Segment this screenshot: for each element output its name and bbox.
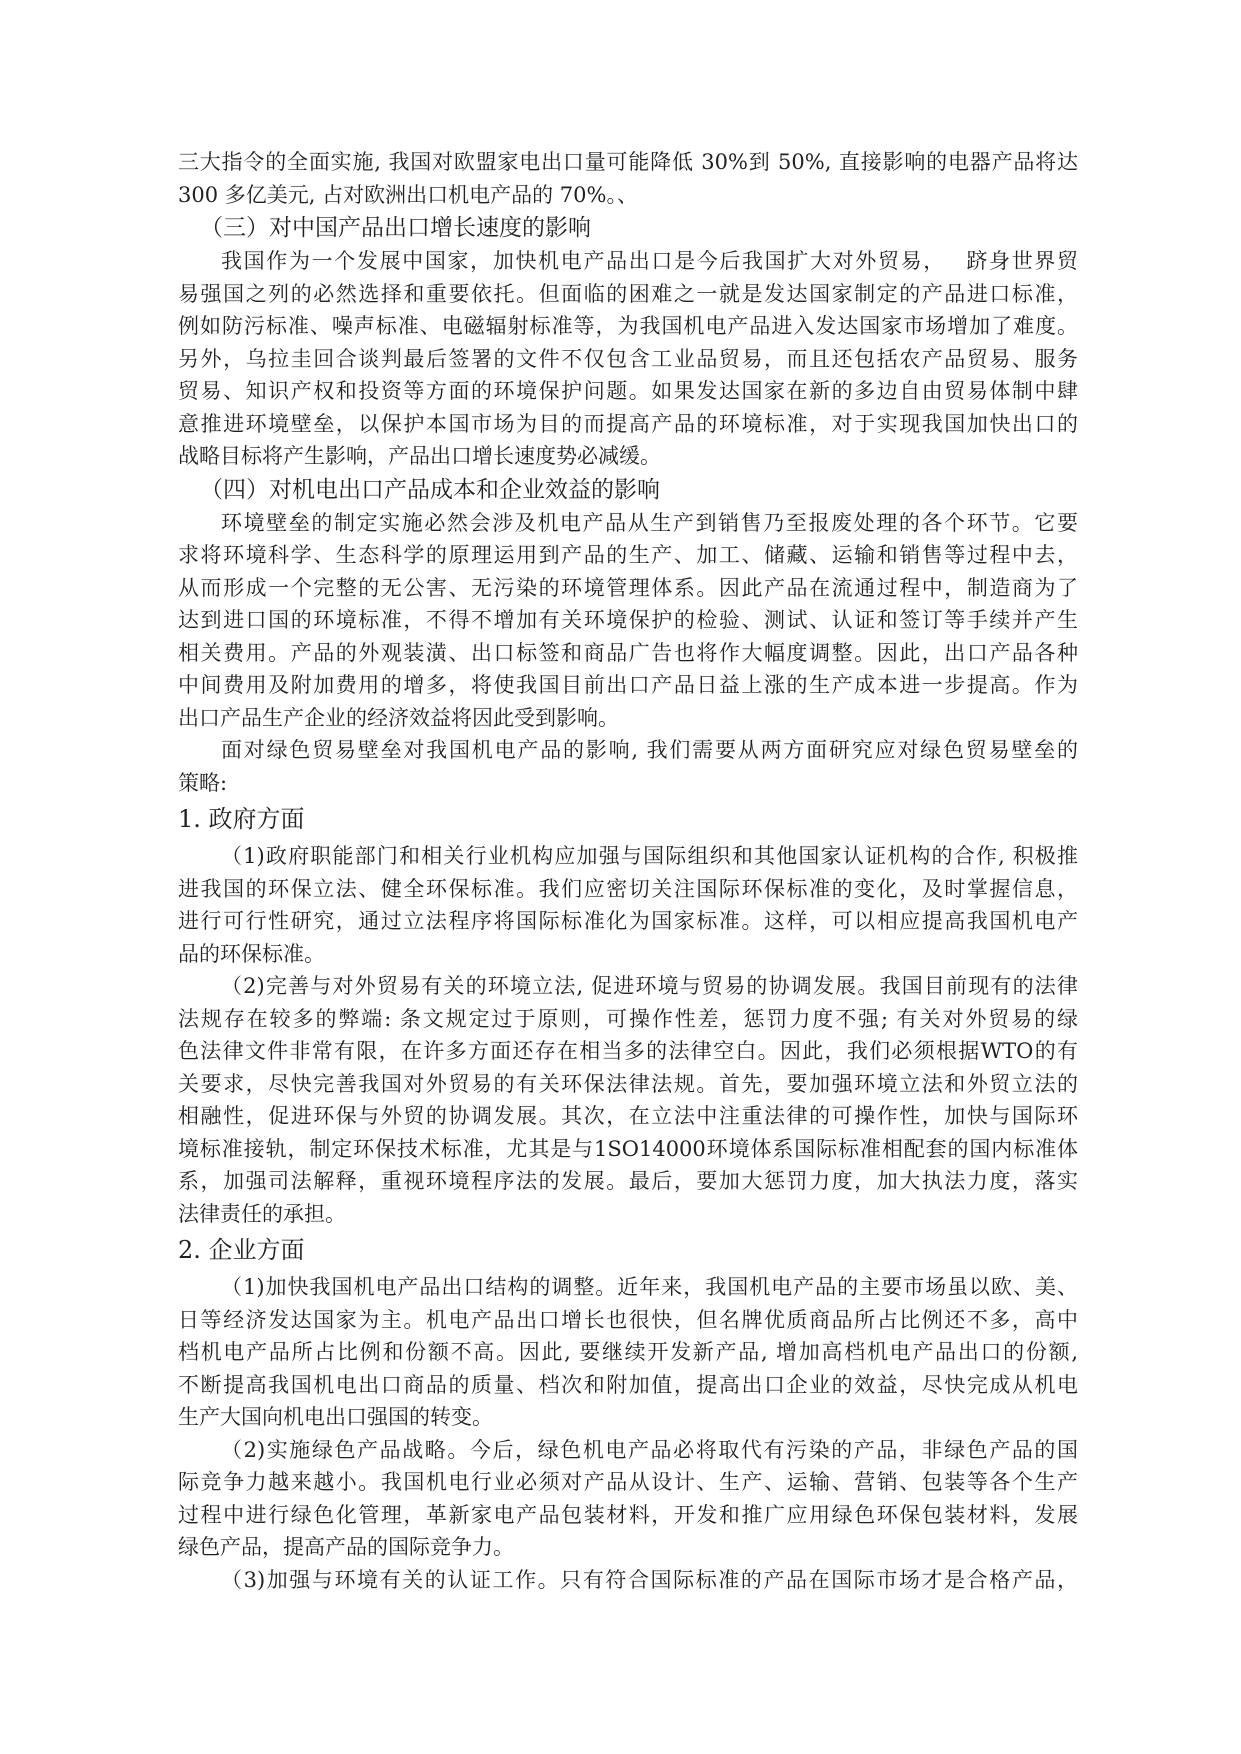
text-line: 中间费用及附加费用的增多，将使我国目前出口产品日益上涨的生产成本进一步提高。作为	[178, 669, 1078, 702]
text-line: 达到进口国的环境标准，不得不增加有关环境保护的检验、测试、认证和签订等手续并产生	[178, 604, 1078, 637]
text-line: 贸易、知识产权和投资等方面的环境保护问题。如果发达国家在新的多边自由贸易体制中肆	[178, 375, 1078, 408]
text-line: 生产大国向机电出口强国的转变。	[178, 1401, 1078, 1434]
document-page: 三大指令的全面实施, 我国对欧盟家电出口量可能降低 30%到 50%, 直接影响…	[0, 0, 1241, 1754]
text-line: 档机电产品所占比例和份额不高。因此, 要继续开发新产品, 增加高档机电产品出口的…	[178, 1336, 1078, 1369]
text-line: 面对绿色贸易壁垒对我国机电产品的影响, 我们需要从两方面研究应对绿色贸易壁垒的	[178, 734, 1078, 767]
text-line: （三）对中国产品出口增长速度的影响	[178, 211, 1078, 245]
text-line: 关要求，尽快完善我国对外贸易的有关环保法律法规。首先，要加强环境立法和外贸立法的	[178, 1068, 1078, 1101]
para-export-growth-impact: 我国作为一个发展中国家，加快机电产品出口是今后我国扩大对外贸易， 跻身世界贸易强…	[178, 245, 1078, 473]
text-line: 300 多亿美元, 占对欧洲出口机电产品的 70%。、	[178, 179, 1078, 212]
para-enterprise-3: （3)加强与环境有关的认证工作。只有符合国际标准的产品在国际市场才是合格产品，	[178, 1564, 1078, 1597]
text-line: 1. 政府方面	[178, 799, 1078, 840]
text-line: 战略目标将产生影响，产品出口增长速度势必减缓。	[178, 440, 1078, 473]
text-line: 三大指令的全面实施, 我国对欧盟家电出口量可能降低 30%到 50%, 直接影响…	[178, 146, 1078, 179]
para-strategy-intro: 面对绿色贸易壁垒对我国机电产品的影响, 我们需要从两方面研究应对绿色贸易壁垒的策…	[178, 734, 1078, 799]
text-line: 法律责任的承担。	[178, 1198, 1078, 1231]
para-directives-impact: 三大指令的全面实施, 我国对欧盟家电出口量可能降低 30%到 50%, 直接影响…	[178, 146, 1078, 211]
text-line: 进行可行性研究，通过立法程序将国际标准化为国家标准。这样，可以相应提高我国机电产	[178, 905, 1078, 938]
text-line: （2)完善与对外贸易有关的环境立法, 促进环境与贸易的协调发展。我国目前现有的法…	[178, 970, 1078, 1003]
text-line: 过程中进行绿色化管理，革新家电产品包装材料，开发和推广应用绿色环保包装材料，发展	[178, 1499, 1078, 1532]
document-body: 三大指令的全面实施, 我国对欧盟家电出口量可能降低 30%到 50%, 直接影响…	[178, 146, 1078, 1596]
text-line: 我国作为一个发展中国家，加快机电产品出口是今后我国扩大对外贸易， 跻身世界贸	[178, 245, 1078, 278]
text-line: 例如防污标准、噪声标准、电磁辐射标准等，为我国机电产品进入发达国家市场增加了难度…	[178, 310, 1078, 343]
heading-enterprise: 2. 企业方面	[178, 1230, 1078, 1271]
text-line: （3)加强与环境有关的认证工作。只有符合国际标准的产品在国际市场才是合格产品，	[178, 1564, 1078, 1597]
heading-government: 1. 政府方面	[178, 799, 1078, 840]
para-enterprise-2: （2)实施绿色产品战略。今后，绿色机电产品必将取代有污染的产品，非绿色产品的国际…	[178, 1434, 1078, 1564]
para-government-1: （1)政府职能部门和相关行业机构应加强与国际组织和其他国家认证机构的合作, 积极…	[178, 840, 1078, 970]
text-line: 品的环保标准。	[178, 938, 1078, 971]
text-line: （2)实施绿色产品战略。今后，绿色机电产品必将取代有污染的产品，非绿色产品的国	[178, 1434, 1078, 1467]
text-line: 易强国之列的必然选择和重要依托。但面临的困难之一就是发达国家制定的产品进口标准，	[178, 278, 1078, 311]
text-line: 另外，乌拉圭回合谈判最后签署的文件不仅包含工业品贸易，而且还包括农产品贸易、服务	[178, 343, 1078, 376]
text-line: 2. 企业方面	[178, 1230, 1078, 1271]
heading-section-4: （四）对机电出口产品成本和企业效益的影响	[178, 473, 1078, 507]
text-line: 绿色产品，提高产品的国际竞争力。	[178, 1531, 1078, 1564]
text-line: 求将环境科学、生态科学的原理运用到产品的生产、加工、储藏、运输和销售等过程中去，	[178, 539, 1078, 572]
para-enterprise-1: （1)加快我国机电产品出口结构的调整。近年来，我国机电产品的主要市场虽以欧、美、…	[178, 1271, 1078, 1434]
text-line: 相融性，促进环保与外贸的协调发展。其次，在立法中注重法律的可操作性，加快与国际环	[178, 1100, 1078, 1133]
text-line: （1)加快我国机电产品出口结构的调整。近年来，我国机电产品的主要市场虽以欧、美、	[178, 1271, 1078, 1304]
text-line: 不断提高我国机电出口商品的质量、档次和附加值，提高出口企业的效益，尽快完成从机电	[178, 1369, 1078, 1402]
text-line: 相关费用。产品的外观装潢、出口标签和商品广告也将作大幅度调整。因此，出口产品各种	[178, 637, 1078, 670]
text-line: （四）对机电出口产品成本和企业效益的影响	[178, 473, 1078, 507]
text-line: 法规存在较多的弊端: 条文规定过于原则，可操作性差，惩罚力度不强; 有关对外贸易…	[178, 1003, 1078, 1036]
text-line: 意推进环境壁垒，以保护本国市场为目的而提高产品的环境标准，对于实现我国加快出口的	[178, 408, 1078, 441]
text-line: 系，加强司法解释，重视环境程序法的发展。最后，要加大惩罚力度，加大执法力度，落实	[178, 1165, 1078, 1198]
text-line: 环境壁垒的制定实施必然会涉及机电产品从生产到销售乃至报废处理的各个环节。它要	[178, 507, 1078, 540]
text-line: 境标准接轨，制定环保技术标准，尤其是与1SO14000环境体系国际标准相配套的国…	[178, 1133, 1078, 1166]
text-line: （1)政府职能部门和相关行业机构应加强与国际组织和其他国家认证机构的合作, 积极…	[178, 840, 1078, 873]
para-government-2: （2)完善与对外贸易有关的环境立法, 促进环境与贸易的协调发展。我国目前现有的法…	[178, 970, 1078, 1230]
text-line: 日等经济发达国家为主。机电产品出口增长也很快，但名牌优质商品所占比例还不多，高中	[178, 1304, 1078, 1337]
para-cost-benefit-impact: 环境壁垒的制定实施必然会涉及机电产品从生产到销售乃至报废处理的各个环节。它要求将…	[178, 507, 1078, 735]
text-line: 进我国的环保立法、健全环保标准。我们应密切关注国际环保标准的变化，及时掌握信息，	[178, 873, 1078, 906]
text-line: 出口产品生产企业的经济效益将因此受到影响。	[178, 702, 1078, 735]
text-line: 从而形成一个完整的无公害、无污染的环境管理体系。因此产品在流通过程中，制造商为了	[178, 572, 1078, 605]
text-line: 色法律文件非常有限，在许多方面还存在相当多的法律空白。因此，我们必须根据WTO的…	[178, 1035, 1078, 1068]
text-line: 际竞争力越来越小。我国机电行业必须对产品从设计、生产、运输、营销、包装等各个生产	[178, 1466, 1078, 1499]
text-line: 策略:	[178, 767, 1078, 800]
heading-section-3: （三）对中国产品出口增长速度的影响	[178, 211, 1078, 245]
